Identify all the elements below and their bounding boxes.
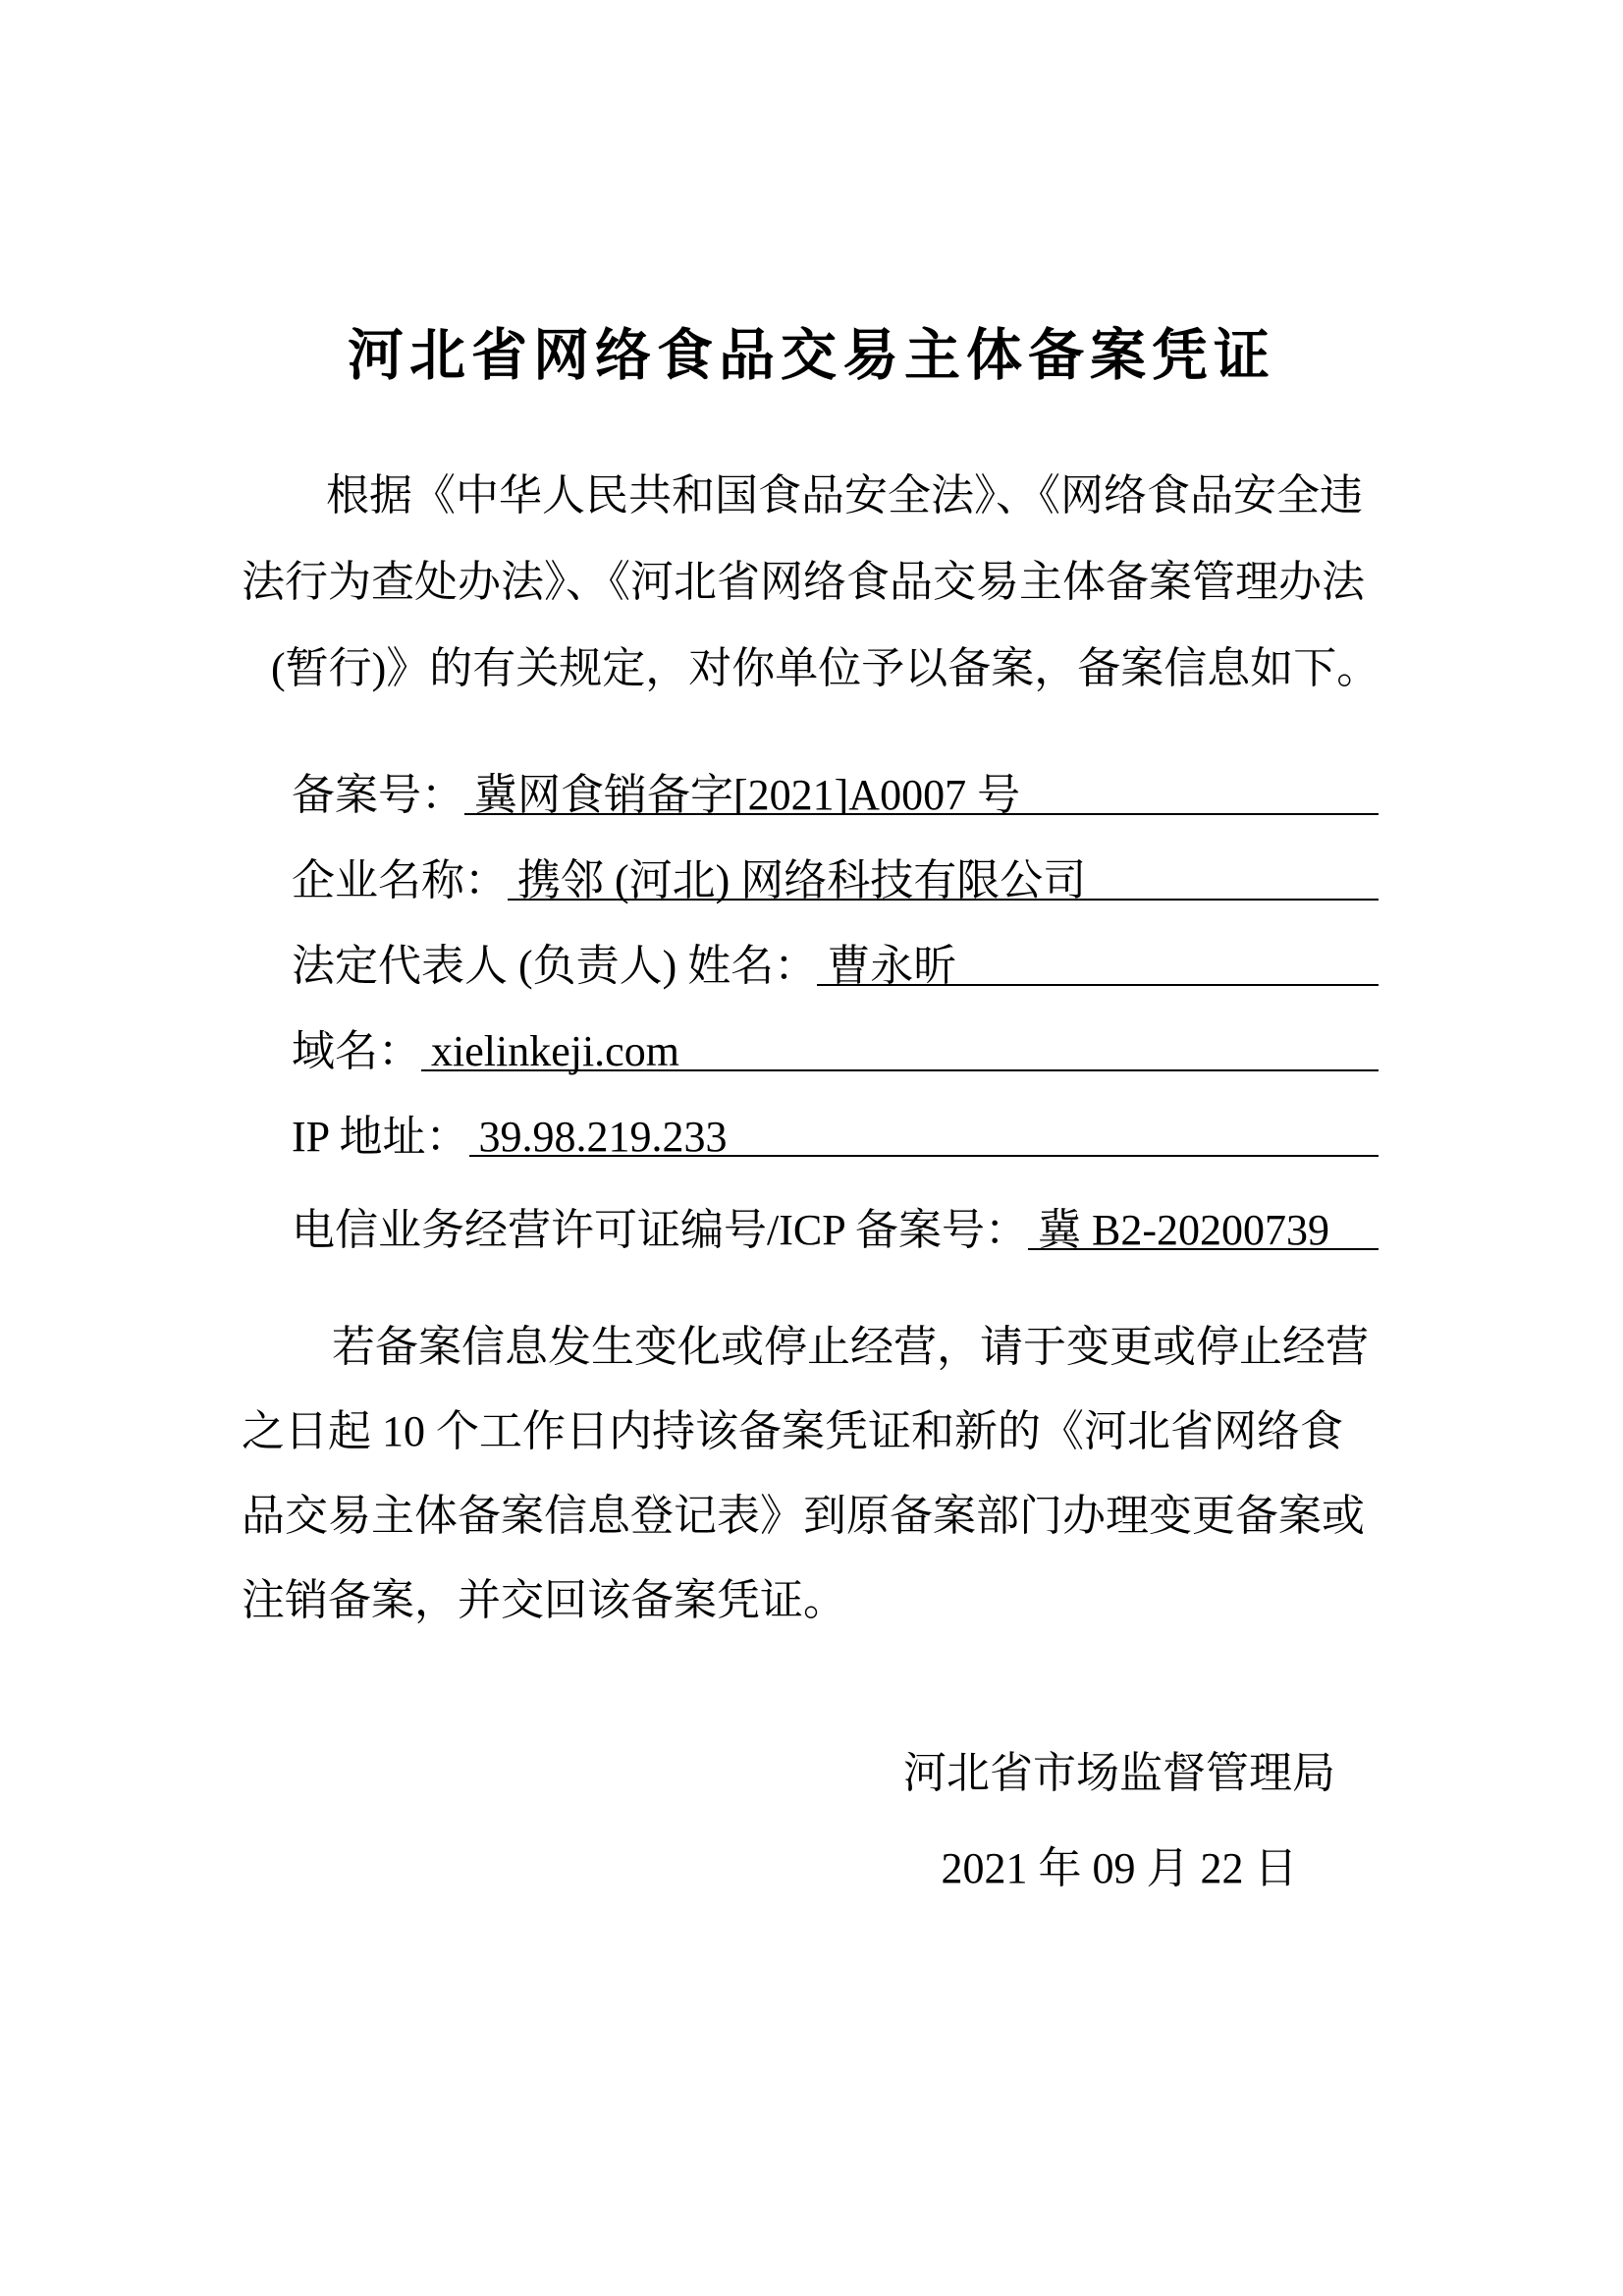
field-row-icp-number: 电信业务经营许可证编号/ICP 备案号： 冀 B2-20200739 [292, 1187, 1379, 1273]
notice-paragraph: 若备案信息发生变化或停止经营，请于变更或停止经营 之日起 10 个工作日内持该备… [242, 1305, 1416, 1643]
issue-date: 2021 年 09 月 22 日 [884, 1821, 1355, 1916]
field-label-domain: 域名： [292, 1009, 421, 1094]
signature-block: 河北省市场监督管理局 2021 年 09 月 22 日 [884, 1725, 1355, 1916]
field-value-legal-representative: 曹永昕 [817, 949, 1379, 986]
intro-line-1: 根据《中华人民共和国食品安全法》、《网络食品安全违 [242, 453, 1416, 539]
intro-paragraph: 根据《中华人民共和国食品安全法》、《网络食品安全违 法行为查处办法》、《河北省网… [242, 453, 1416, 712]
field-label-ip-address: IP 地址： [292, 1094, 469, 1179]
field-value-domain: xielinkeji.com [421, 1034, 1379, 1071]
intro-line-3: (暂行)》的有关规定，对你单位予以备案，备案信息如下。 [242, 626, 1416, 712]
field-row-legal-representative: 法定代表人 (负责人) 姓名： 曹永昕 [292, 923, 1379, 1009]
intro-line-2: 法行为查处办法》、《河北省网络食品交易主体备案管理办法 [242, 539, 1416, 626]
issuer-name: 河北省市场监督管理局 [884, 1725, 1355, 1821]
document-page: 河北省网络食品交易主体备案凭证 根据《中华人民共和国食品安全法》、《网络食品安全… [0, 0, 1623, 2296]
notice-line-2: 之日起 10 个工作日内持该备案凭证和新的《河北省网络食 [242, 1390, 1416, 1474]
page-title: 河北省网络食品交易主体备案凭证 [0, 312, 1623, 401]
field-value-filing-number: 冀网食销备字[2021]A0007 号 [464, 778, 1379, 815]
field-row-domain: 域名： xielinkeji.com [292, 1009, 1379, 1094]
field-row-ip-address: IP 地址： 39.98.219.233 [292, 1094, 1379, 1179]
filing-info-fields: 备案号： 冀网食销备字[2021]A0007 号 企业名称： 携邻 (河北) 网… [292, 752, 1379, 1273]
field-row-filing-number: 备案号： 冀网食销备字[2021]A0007 号 [292, 752, 1379, 838]
field-value-ip-address: 39.98.219.233 [469, 1120, 1380, 1157]
notice-line-3: 品交易主体备案信息登记表》到原备案部门办理变更备案或 [242, 1474, 1416, 1558]
notice-line-4: 注销备案，并交回该备案凭证。 [242, 1558, 1416, 1643]
field-row-company-name: 企业名称： 携邻 (河北) 网络科技有限公司 [292, 838, 1379, 923]
field-label-legal-representative: 法定代表人 (负责人) 姓名： [292, 923, 817, 1009]
field-value-company-name: 携邻 (河北) 网络科技有限公司 [508, 863, 1379, 901]
field-value-icp-number: 冀 B2-20200739 [1028, 1213, 1379, 1250]
field-label-icp-number: 电信业务经营许可证编号/ICP 备案号： [292, 1187, 1028, 1273]
field-label-filing-number: 备案号： [292, 752, 464, 838]
field-label-company-name: 企业名称： [292, 838, 508, 923]
notice-line-1: 若备案信息发生变化或停止经营，请于变更或停止经营 [242, 1305, 1416, 1390]
